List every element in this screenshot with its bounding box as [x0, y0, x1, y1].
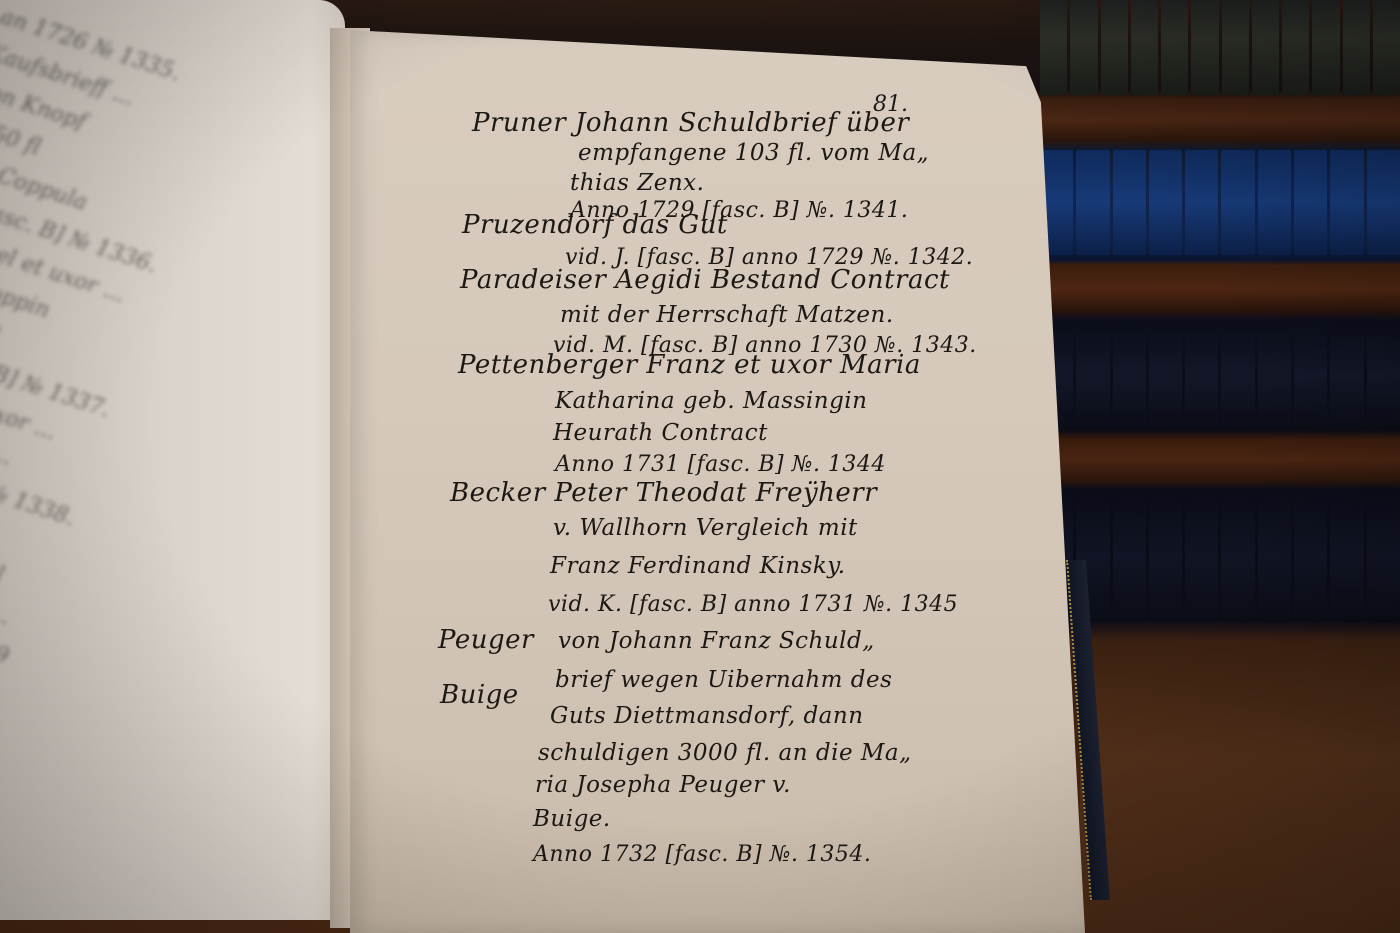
book-row-blue: [1040, 150, 1400, 255]
book-row-lower: [1040, 492, 1400, 622]
book-row-top: [1040, 0, 1400, 95]
book-row-dark: [1040, 322, 1400, 430]
wooden-table: [1080, 640, 1400, 933]
page-number: 81.: [873, 92, 908, 117]
right-page: [350, 30, 1085, 933]
left-page-blurred-text: ... an 1726 № 1335.... Kaufsbrieff .....…: [0, 0, 294, 706]
left-page: ... an 1726 № 1335.... Kaufsbrieff .....…: [0, 0, 345, 920]
